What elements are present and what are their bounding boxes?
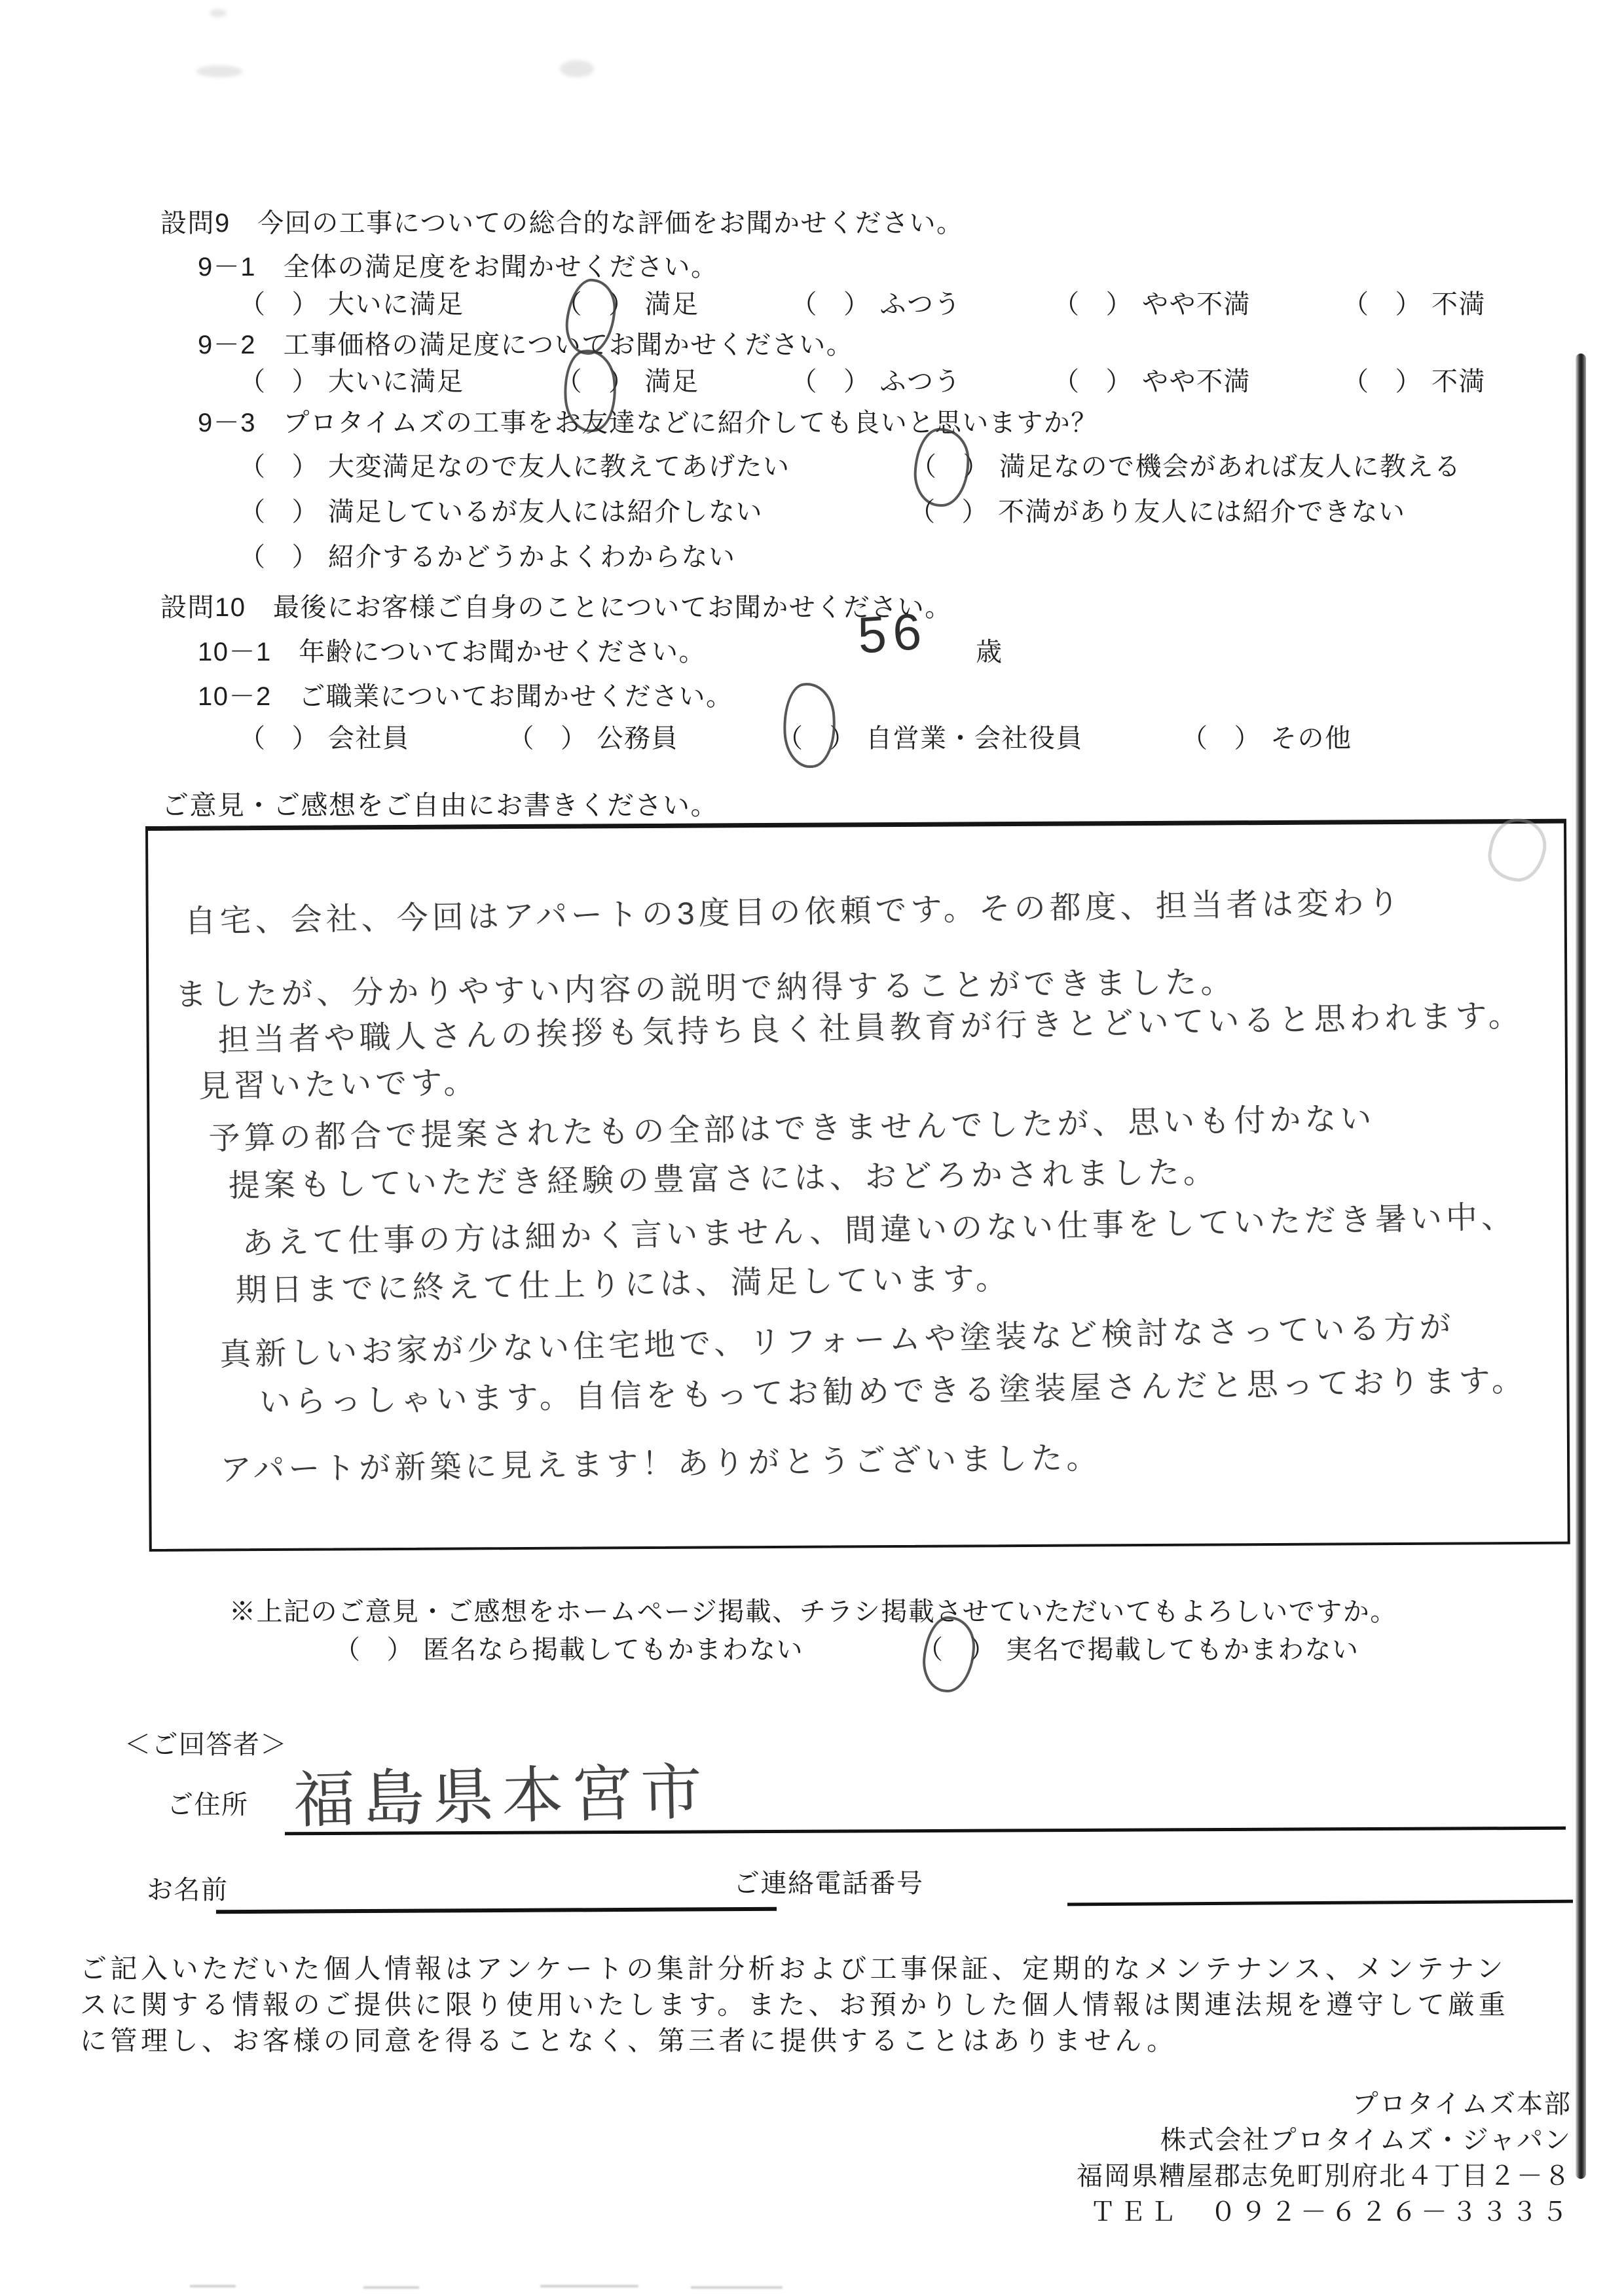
answer-parentheses: （） (777, 722, 857, 755)
answer-parentheses: （） (239, 288, 319, 321)
privacy-notice-line: スに関する情報のご提供に限り使用いたします。また、お預かりした個人情報は関連法規… (80, 1988, 1509, 2022)
close-paren: ） (830, 722, 857, 755)
option-company-employee: （） 会社員 (239, 722, 410, 755)
open-paren: （ (556, 288, 583, 321)
scan-mark (190, 2285, 236, 2287)
option-neutral: （） ふつう (791, 365, 962, 398)
scan-mark (363, 2286, 419, 2289)
age-unit-label: 歳 (976, 636, 1003, 668)
option-satisfied: （） 満足 (556, 288, 699, 321)
open-paren: （ (239, 722, 267, 755)
scan-smudge (196, 65, 242, 77)
handwritten-comment-line: 期日までに終えて仕上りには、満足しています。 (235, 1253, 1011, 1311)
option-very-satisfied: （） 大いに満足 (239, 365, 464, 398)
option-label: 自営業・会社役員 (866, 722, 1083, 755)
privacy-notice-line: ご記入いただいた個人情報はアンケートの集計分析および工事保証、定期的なメンテナン… (80, 1952, 1507, 1986)
open-paren: （ (1053, 365, 1080, 398)
close-paren: ） (387, 1633, 415, 1666)
option-label: 不満 (1431, 365, 1486, 398)
option-label: ふつう (880, 365, 962, 398)
close-paren: ） (1395, 365, 1423, 398)
name-label: お名前 (147, 1874, 229, 1906)
option-label: 大いに満足 (328, 288, 464, 321)
close-paren: ） (608, 288, 636, 321)
option-neutral: （） ふつう (791, 288, 962, 321)
footer-phone-number: ＴＥＬ ０９２－６２６－３３３５ (1090, 2191, 1572, 2229)
handwritten-address-value: 福島県本宮市 (293, 1742, 711, 1839)
scan-edge-artifact (1576, 354, 1586, 2179)
option-somewhat-dissatisfied: （） やや不満 (1053, 365, 1251, 398)
comments-box: 自宅、会社、今回はアパートの3度目の依頼です。その都度、担当者は変わり ましたが… (145, 819, 1570, 1552)
option-label: 実名で掲載してもかまわない (1006, 1633, 1359, 1666)
answer-parentheses: （） (910, 450, 990, 483)
option-label: 公務員 (597, 722, 679, 755)
option-label: 不満があり友人には紹介できない (998, 496, 1406, 528)
scanned-survey-page: 設問9 今回の工事についての総合的な評価をお聞かせください。 9－1 全体の満足… (0, 0, 1624, 2296)
q10-2-label: 10－2 ご職業についてお聞かせください。 (198, 680, 733, 713)
open-paren: （ (917, 1633, 944, 1666)
name-write-line (216, 1907, 777, 1914)
answer-parentheses: （） (334, 1633, 414, 1666)
q10-heading: 設問10 最後にお客様ご自身のことについてお聞かせください。 (160, 591, 952, 624)
answer-parentheses: （） (239, 722, 319, 755)
close-paren: ） (962, 496, 989, 528)
option-label: ふつう (880, 288, 962, 321)
option-label: やや不満 (1142, 365, 1251, 398)
close-paren: ） (608, 365, 636, 398)
option-other: （） その他 (1181, 722, 1352, 755)
option-label: 大変満足なので友人に教えてあげたい (328, 450, 790, 483)
scan-smudge (210, 9, 227, 17)
option-label: 満足しているが友人には紹介しない (328, 496, 763, 528)
option-label: 不満 (1431, 288, 1486, 321)
answer-parentheses: （） (508, 722, 588, 755)
handwritten-comment-line: 見習いたいです。 (198, 1057, 479, 1106)
option-label: 満足なので機会があれば友人に教える (999, 450, 1462, 483)
close-paren: ） (1395, 288, 1423, 321)
answer-parentheses: （） (1181, 722, 1261, 755)
q9-3-options-row3: （） 紹介するかどうかよくわからない (239, 541, 736, 574)
q9-3-label: 9－3 プロタイムズの工事をお友達などに紹介しても良いと思いますか？ (198, 407, 1098, 439)
close-paren: ） (292, 288, 320, 321)
q9-3-options-row2: （） 満足しているが友人には紹介しない （） 不満があり友人には紹介できない (239, 496, 1568, 528)
option-public-servant: （） 公務員 (508, 722, 679, 755)
option-label: 匿名なら掲載してもかまわない (423, 1633, 803, 1666)
option-label: 紹介するかどうかよくわからない (328, 541, 736, 574)
handwritten-comment-line: アパートが新築に見えます！ありがとうございました。 (220, 1432, 1102, 1490)
answer-parentheses: （） (556, 288, 636, 321)
answer-parentheses: （） (239, 365, 319, 398)
open-paren: （ (239, 365, 267, 398)
close-paren: ） (292, 365, 320, 398)
close-paren: ） (1106, 288, 1134, 321)
option-unsure-referral: （） 紹介するかどうかよくわからない (239, 541, 736, 574)
open-paren: （ (334, 1633, 361, 1666)
option-label: 満足 (645, 288, 699, 321)
option-label: やや不満 (1142, 288, 1251, 321)
footer-division-name: プロタイムズ本部 (1352, 2083, 1572, 2121)
option-dissatisfied: （） 不満 (1342, 288, 1486, 321)
publication-options: （） 匿名なら掲載してもかまわない （） 実名で掲載してもかまわない (334, 1633, 1578, 1666)
q10-1-label: 10－1 年齢についてお聞かせください。 (198, 636, 706, 668)
option-label: 満足 (645, 365, 699, 398)
open-paren: （ (791, 365, 819, 398)
close-paren: ） (292, 541, 320, 574)
answer-parentheses: （） (1053, 365, 1133, 398)
option-no-referral-though-satisfied: （） 満足しているが友人には紹介しない (239, 496, 763, 528)
answer-parentheses: （） (1342, 288, 1422, 321)
close-paren: ） (963, 450, 991, 483)
scan-smudge (560, 60, 594, 77)
q9-2-label: 9－2 工事価格の満足度についてお聞かせください。 (198, 329, 853, 361)
option-anonymous-ok: （） 匿名なら掲載してもかまわない (334, 1633, 803, 1666)
q9-heading: 設問9 今回の工事についての総合的な評価をお聞かせください。 (160, 207, 963, 240)
answer-parentheses: （） (556, 365, 636, 398)
option-somewhat-dissatisfied: （） やや不満 (1053, 288, 1251, 321)
open-paren: （ (777, 722, 804, 755)
open-paren: （ (1053, 288, 1080, 321)
close-paren: ） (292, 450, 320, 483)
answer-parentheses: （） (239, 541, 319, 574)
answer-parentheses: （） (791, 288, 871, 321)
handwritten-age-value: 56 (856, 601, 930, 665)
respondent-heading: ＜ご回答者＞ (124, 1728, 287, 1761)
open-paren: （ (239, 450, 267, 483)
option-tell-friends-if-chance: （） 満足なので機会があれば友人に教える (910, 450, 1462, 483)
q10-2-options: （） 会社員 （） 公務員 （） 自営業・会社役員 （） その他 (239, 722, 1352, 755)
option-cannot-refer-dissatisfied: （） 不満があり友人には紹介できない (909, 496, 1406, 528)
option-label: 大いに満足 (328, 365, 464, 398)
close-paren: ） (561, 722, 588, 755)
option-self-employed-executive: （） 自営業・会社役員 (777, 722, 1083, 755)
close-paren: ） (1106, 365, 1134, 398)
option-real-name-ok: （） 実名で掲載してもかまわない (917, 1633, 1359, 1666)
open-paren: （ (1342, 365, 1370, 398)
option-satisfied: （） 満足 (556, 365, 699, 398)
address-label: ご住所 (167, 1789, 249, 1821)
scan-mark (691, 2286, 783, 2289)
option-very-satisfied: （） 大いに満足 (239, 288, 464, 321)
answer-parentheses: （） (239, 450, 319, 483)
open-paren: （ (239, 496, 267, 528)
answer-parentheses: （） (909, 496, 989, 528)
open-paren: （ (909, 496, 936, 528)
answer-parentheses: （） (1342, 365, 1422, 398)
close-paren: ） (843, 288, 871, 321)
answer-parentheses: （） (1053, 288, 1133, 321)
option-tell-friends-very-satisfied: （） 大変満足なので友人に教えてあげたい (239, 450, 790, 483)
option-label: その他 (1270, 722, 1352, 755)
close-paren: ） (292, 496, 320, 528)
answer-parentheses: （） (239, 496, 319, 528)
close-paren: ） (843, 365, 871, 398)
open-paren: （ (239, 541, 267, 574)
open-paren: （ (1181, 722, 1209, 755)
comments-label: ご意見・ご感想をご自由にお書きください。 (162, 789, 718, 822)
option-dissatisfied: （） 不満 (1342, 365, 1486, 398)
q9-2-options: （） 大いに満足 （） 満足 （） ふつう （） やや不満 （） 不満 (239, 365, 1486, 398)
footer-company-address: 福岡県糟屋郡志免町別府北４丁目２－８ (1077, 2155, 1572, 2193)
open-paren: （ (791, 288, 819, 321)
scan-mark (540, 2285, 638, 2287)
answer-parentheses: （） (917, 1633, 997, 1666)
open-paren: （ (239, 288, 267, 321)
close-paren: ） (970, 1633, 997, 1666)
open-paren: （ (508, 722, 536, 755)
close-paren: ） (1234, 722, 1262, 755)
open-paren: （ (910, 450, 938, 483)
phone-write-line (1067, 1900, 1573, 1906)
close-paren: ） (292, 722, 320, 755)
open-paren: （ (556, 365, 583, 398)
privacy-notice-line: に管理し、お客様の同意を得ることなく、第三者に提供することはありません。 (80, 2024, 1177, 2058)
scan-ghost-mark (1485, 814, 1551, 885)
open-paren: （ (1342, 288, 1370, 321)
q9-1-options: （） 大いに満足 （） 満足 （） ふつう （） やや不満 （） 不満 (239, 288, 1486, 321)
phone-label: ご連絡電話番号 (733, 1867, 924, 1900)
q9-1-label: 9－1 全体の満足度をお聞かせください。 (198, 251, 718, 283)
answer-parentheses: （） (791, 365, 871, 398)
handwritten-comment-line: 自宅、会社、今回はアパートの3度目の依頼です。その都度、担当者は変わり (184, 877, 1403, 941)
publication-question: ※上記のご意見・ご感想をホームページ掲載、チラシ掲載させていただいてもよろしいで… (229, 1595, 1397, 1628)
option-label: 会社員 (328, 722, 410, 755)
footer-company-name: 株式会社プロタイムズ・ジャパン (1160, 2119, 1572, 2157)
q9-3-options-row1: （） 大変満足なので友人に教えてあげたい （） 満足なので機会があれば友人に教え… (239, 450, 1568, 483)
